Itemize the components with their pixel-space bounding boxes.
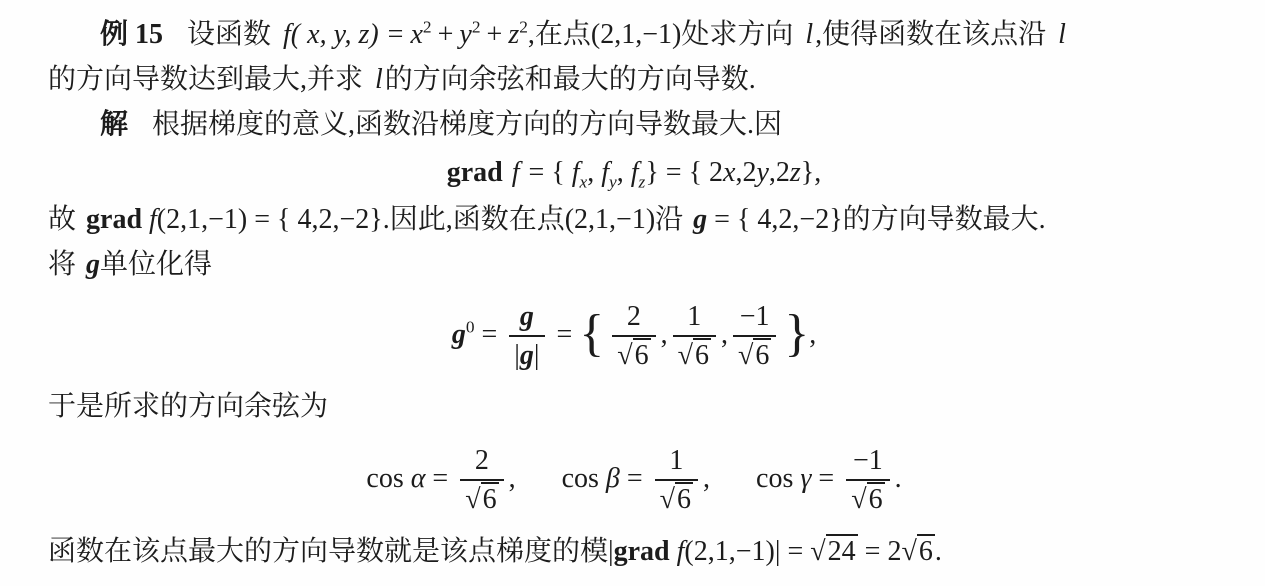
radicand: 6: [867, 482, 885, 515]
equals-sign: =: [388, 19, 404, 50]
numerator: 1: [655, 445, 698, 479]
bar: |: [534, 340, 540, 371]
problem-line-1: 例 15设函数f( x, y, z)=x2+y2+z2,在点(2,1,−1)处求…: [48, 12, 1220, 57]
radical-sign: √: [660, 484, 675, 515]
radical-sign: √: [810, 536, 825, 567]
radicand: 6: [693, 338, 711, 371]
plus-sign: +: [438, 19, 454, 50]
document-page: 例 15设函数f( x, y, z)=x2+y2+z2,在点(2,1,−1)处求…: [0, 0, 1265, 586]
sqrt-6: √6: [465, 482, 498, 515]
left-brace: {: [551, 157, 564, 188]
direction-l: l: [1058, 19, 1066, 50]
denominator: √6: [655, 479, 698, 515]
radicand: 6: [633, 338, 651, 371]
solution-line-3: 将g单位化得: [48, 242, 1220, 287]
right-brace: }: [801, 157, 814, 188]
right-big-brace: }: [784, 305, 809, 362]
equals-sign: =: [787, 536, 803, 567]
radicand-6: 6: [917, 534, 935, 567]
function-notation: f( x, y, z): [283, 19, 379, 50]
radical-sign: √: [738, 340, 753, 371]
comma: ,: [721, 319, 728, 350]
radicand: 6: [481, 482, 499, 515]
partial-fz: f: [631, 157, 639, 188]
problem-text-4: 的方向导数达到最大,并求: [48, 64, 363, 95]
conclusion-text: 函数在该点最大的方向导数就是该点梯度的模: [48, 536, 608, 567]
fraction: 2√6: [460, 445, 503, 516]
fraction-g-over-norm: g|g|: [509, 301, 544, 372]
denominator-norm-g: |g|: [509, 335, 544, 371]
denominator: √6: [846, 479, 889, 515]
equals-sign: =: [627, 463, 643, 494]
problem-text-5: 的方向余弦和最大的方向导数.: [385, 64, 756, 95]
equals-sign: =: [557, 319, 573, 350]
numerator: 2: [460, 445, 503, 479]
coef-2x: 2: [709, 157, 723, 188]
sqrt-6: √6: [660, 482, 693, 515]
radical-sign: √: [465, 484, 480, 515]
partial-fy: f: [601, 157, 609, 188]
trailing-comma: ,: [809, 319, 816, 350]
conclusion-line: 函数在该点最大的方向导数就是该点梯度的模|grad f(2,1,−1)|=√24…: [48, 529, 1220, 574]
sqrt-6: √6: [851, 482, 884, 515]
var-x: x: [723, 157, 735, 188]
example-label: 例 15: [100, 19, 163, 50]
gradient-vector: { 4,2,−2}: [277, 204, 383, 235]
numerator: 1: [673, 301, 716, 335]
numerator: −1: [733, 301, 776, 335]
sqrt-6: √6: [617, 338, 650, 371]
grad-operator: grad: [447, 157, 503, 188]
radical-sign: √: [901, 536, 916, 567]
sqrt-6: √6: [678, 338, 711, 371]
solution-line-4: 于是所求的方向余弦为: [48, 384, 1220, 429]
fraction-3: −1√6: [733, 301, 776, 372]
radicand: 6: [753, 338, 771, 371]
comma: ,: [661, 319, 668, 350]
var-z: z: [790, 157, 801, 188]
grad-operator: grad: [614, 536, 670, 567]
denominator: √6: [460, 479, 503, 515]
angle-gamma: γ: [800, 463, 811, 494]
radicand: 6: [675, 482, 693, 515]
problem-text-1: 设函数: [187, 19, 271, 50]
equals-sign: =: [482, 319, 498, 350]
vector-g: g: [86, 249, 100, 280]
equals-sign: =: [529, 157, 545, 188]
formula-unit-vector: g0=g|g|={2√6,1√6,−1√6},: [48, 301, 1220, 372]
comma: ,: [617, 157, 624, 188]
var-z: z: [508, 19, 519, 50]
fraction-1: 2√6: [612, 301, 655, 372]
text-therefore: .因此,函数在点(2,1,−1)沿: [383, 204, 683, 235]
left-brace: {: [689, 157, 702, 188]
cos-alpha-equation: cos α=2√6,: [366, 463, 515, 494]
equals-sign: =: [666, 157, 682, 188]
vector-g: g: [693, 204, 707, 235]
denominator: √6: [733, 335, 776, 371]
sqrt-6: √6: [901, 534, 934, 567]
denominator: √6: [612, 335, 655, 371]
period: .: [935, 536, 942, 567]
var-x: x: [410, 19, 422, 50]
angle-alpha: α: [411, 463, 426, 494]
grad-operator: grad: [86, 204, 142, 235]
text-jiang: 将: [48, 249, 76, 280]
gradient-vector: { 4,2,−2}: [737, 204, 843, 235]
point-args: (2,1,−1): [157, 204, 247, 235]
vector-g: g: [520, 340, 534, 371]
formula-direction-cosines: cos α=2√6,cos β=1√6,cos γ=−1√6.: [48, 445, 1220, 516]
radical-sign: √: [678, 340, 693, 371]
bar: |: [775, 536, 781, 567]
radical-sign: √: [617, 340, 632, 371]
exponent-2: 2: [423, 18, 432, 37]
exponent-2: 2: [472, 18, 481, 37]
right-brace: }: [645, 157, 658, 188]
comma: ,: [509, 463, 516, 494]
angle-beta: β: [606, 463, 620, 494]
coefficient-2: 2: [887, 536, 901, 567]
subscript-y: y: [609, 173, 617, 192]
comma: ,: [703, 463, 710, 494]
var-y: y: [756, 157, 768, 188]
equals-sign: =: [714, 204, 730, 235]
period: .: [895, 463, 902, 494]
sqrt-6: √6: [738, 338, 771, 371]
fraction: −1√6: [846, 445, 889, 516]
direction-l: l: [375, 64, 383, 95]
equals-sign: =: [865, 536, 881, 567]
numerator-g: g: [509, 301, 544, 335]
radical-sign: √: [851, 484, 866, 515]
var-y: y: [459, 19, 471, 50]
fraction: 1√6: [655, 445, 698, 516]
fraction-2: 1√6: [673, 301, 716, 372]
text-direction-cosines: 于是所求的方向余弦为: [48, 391, 328, 422]
coef-2y: 2: [742, 157, 756, 188]
radicand-24: 24: [826, 534, 858, 567]
left-big-brace: {: [579, 305, 604, 362]
problem-text-2: ,在点(2,1,−1)处求方向: [528, 19, 793, 50]
function-f: f: [512, 157, 520, 188]
solution-line-2: 故grad f(2,1,−1)={ 4,2,−2}.因此,函数在点(2,1,−1…: [48, 197, 1220, 242]
point-args: (2,1,−1): [684, 536, 774, 567]
comma: ,: [587, 157, 594, 188]
text-max-direction: 的方向导数最大.: [843, 204, 1046, 235]
text-gu: 故: [48, 204, 76, 235]
cos-function: cos: [366, 463, 403, 494]
problem-line-2: 的方向导数达到最大,并求l的方向余弦和最大的方向导数.: [48, 57, 1220, 102]
sqrt-24: √24: [810, 534, 857, 567]
direction-l: l: [805, 19, 813, 50]
equals-sign: =: [818, 463, 834, 494]
equals-sign: =: [254, 204, 270, 235]
equals-sign: =: [432, 463, 448, 494]
numerator: −1: [846, 445, 889, 479]
cos-gamma-equation: cos γ=−1√6.: [756, 463, 902, 494]
partial-fx: f: [572, 157, 580, 188]
function-f: f: [149, 204, 157, 235]
numerator: 2: [612, 301, 655, 335]
text-normalize: 单位化得: [100, 249, 212, 280]
cos-beta-equation: cos β=1√6,: [562, 463, 710, 494]
problem-text-3: ,使得函数在该点沿: [815, 19, 1046, 50]
comma: ,: [769, 157, 776, 188]
coef-2z: 2: [776, 157, 790, 188]
plus-sign: +: [487, 19, 503, 50]
vector-g: g: [452, 319, 466, 350]
cos-function: cos: [562, 463, 599, 494]
denominator: √6: [673, 335, 716, 371]
superscript-0: 0: [466, 317, 475, 336]
cos-function: cos: [756, 463, 793, 494]
formula-gradient-definition: grad f={ fx, fy, fz}={ 2x,2y,2z},: [48, 150, 1220, 195]
solution-label: 解: [100, 109, 128, 140]
solution-line-1: 解根据梯度的意义,函数沿梯度方向的方向导数最大.因: [48, 102, 1220, 147]
trailing-comma: ,: [814, 157, 821, 188]
exponent-2: 2: [519, 18, 528, 37]
solution-text-1: 根据梯度的意义,函数沿梯度方向的方向导数最大.因: [152, 109, 782, 140]
